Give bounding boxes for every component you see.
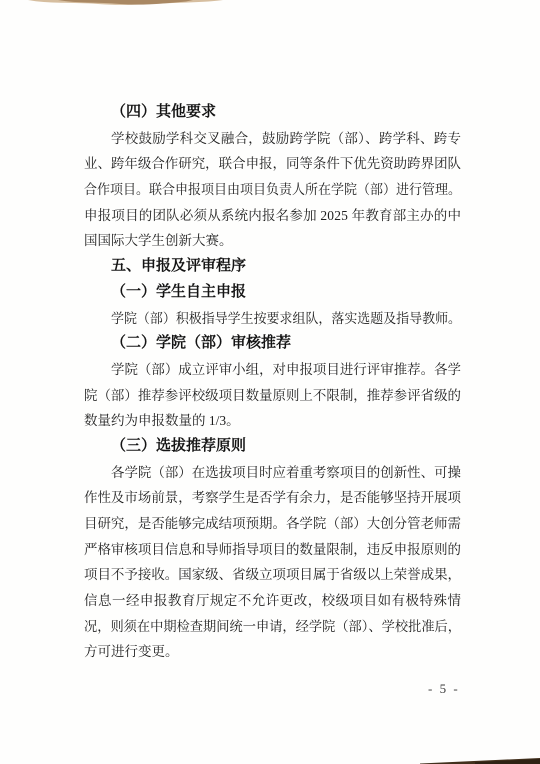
heading-text: （一）学生自主申报	[111, 280, 246, 306]
section-heading-selection-recommendation-principles: （三）选拔推荐原则	[84, 434, 461, 460]
text-line: 学院（部）积极指导学生按要求组队，落实选题及指导教师。	[84, 306, 461, 332]
text-line: 各学院（部）在选拔项目时应着重考察项目的创新性、可操	[84, 460, 461, 486]
page-number: - 5 -	[428, 681, 460, 697]
heading-text: 五、申报及评审程序	[111, 254, 246, 280]
section-heading-student-self-application: （一）学生自主申报	[84, 280, 461, 306]
text-line: 目研究，是否能够完成结项预期。各学院（部）大创分管老师需	[84, 511, 461, 537]
heading-text: （二）学院（部）审核推荐	[111, 331, 291, 357]
text-line: 合作项目。联合申报项目由项目负责人所在学院（部）进行管理。	[84, 177, 461, 203]
heading-text: （三）选拔推荐原则	[111, 434, 246, 460]
text-line: 国国际大学生创新大赛。	[84, 228, 461, 254]
document-content: （四）其他要求 学校鼓励学科交叉融合，鼓励跨学院（部）、跨学科、跨专 业、跨年级…	[84, 100, 461, 665]
text-line: 信息一经申报教育厅规定不允许更改，校级项目如有极特殊情	[84, 588, 461, 614]
text-line: 方可进行变更。	[84, 639, 461, 665]
text-line: 院（部）推荐参评校级项目数量原则上不限制，推荐参评省级的	[84, 383, 461, 409]
text-line: 严格审核项目信息和导师指导项目的数量限制，违反申报原则的	[84, 537, 461, 563]
text-line: 学院（部）成立评审小组，对申报项目进行评审推荐。各学	[84, 357, 461, 383]
heading-text: （四）其他要求	[111, 100, 216, 126]
document-page: （四）其他要求 学校鼓励学科交叉融合，鼓励跨学院（部）、跨学科、跨专 业、跨年级…	[0, 0, 540, 764]
text-line: 学校鼓励学科交叉融合，鼓励跨学院（部）、跨学科、跨专	[84, 126, 461, 152]
top-edge-scan-stain-icon	[28, 0, 223, 10]
section-heading-application-review-procedure: 五、申报及评审程序	[84, 254, 461, 280]
text-line: 项目不予接收。国家级、省级立项项目属于省级以上荣誉成果，	[84, 562, 461, 588]
section-heading-college-review-recommendation: （二）学院（部）审核推荐	[84, 331, 461, 357]
bottom-edge-scan-shadow-icon	[420, 754, 540, 764]
text-line: 业、跨年级合作研究，联合申报，同等条件下优先资助跨界团队	[84, 151, 461, 177]
section-heading-other-requirements: （四）其他要求	[84, 100, 461, 126]
text-line: 申报项目的团队必须从系统内报名参加 2025 年教育部主办的中	[84, 203, 461, 229]
text-line: 作性及市场前景，考察学生是否学有余力，是否能够坚持开展项	[84, 485, 461, 511]
text-line: 况，则须在中期检查期间统一申请，经学院（部）、学校批准后，	[84, 614, 461, 640]
text-line: 数量约为申报数量的 1/3。	[84, 408, 461, 434]
